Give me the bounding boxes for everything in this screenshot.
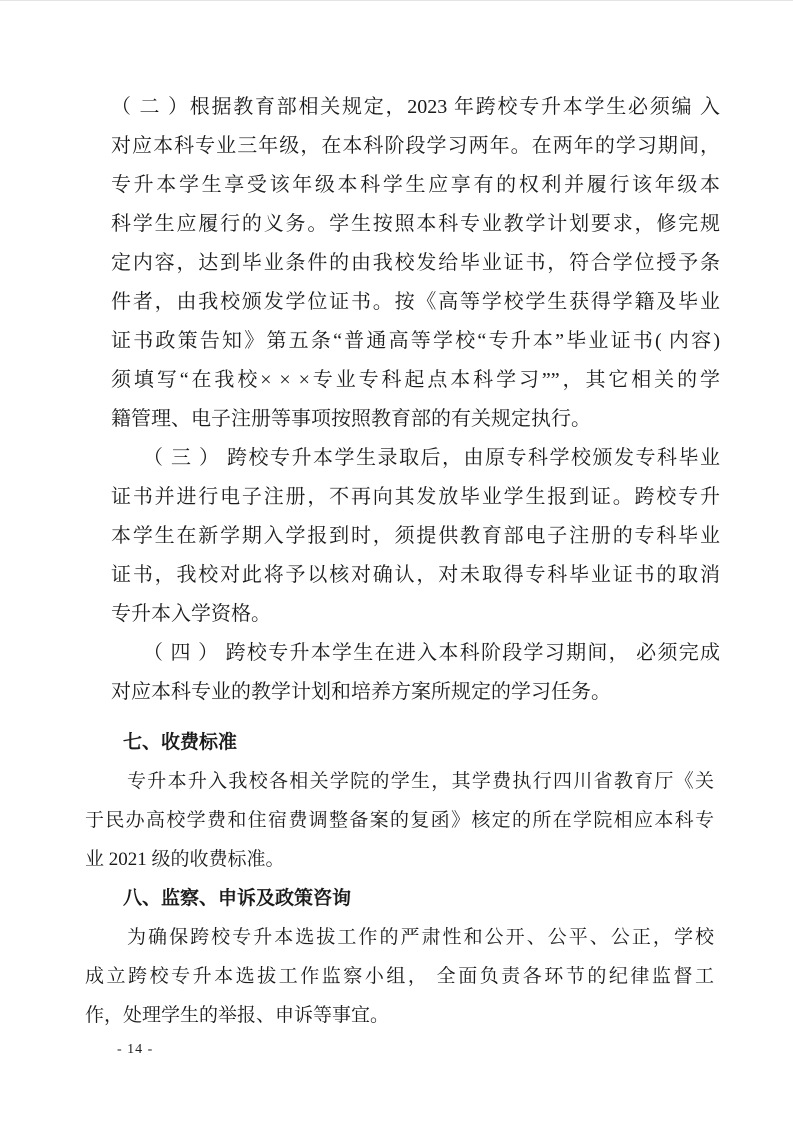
text-line: 须填写“在我校× × ×专业专科起点本科学习””，其它相关的学 xyxy=(111,361,720,400)
lower-text-block: 七、收费标准 专升本升入我校各相关学院的学生，其学费执行四川省教育厅《关 于民办… xyxy=(85,723,714,1035)
text-line: 证书，我校对此将予以核对确认，对未取得专科毕业证书的取消 xyxy=(111,556,720,595)
text-line: 证书并进行电子注册，不再向其发放毕业学生报到证。跨校专升 xyxy=(111,478,720,517)
text-line: 对应本科专业的教学计划和培养方案所规定的学习任务。 xyxy=(111,673,720,712)
text-line: 于民办高校学费和住宿费调整备案的复函》核定的所在学院相应本科专 xyxy=(85,801,714,840)
text-line: 为确保跨校专升本选拔工作的严肃性和公开、公平、公正，学校 xyxy=(85,918,714,957)
text-line: 专升本入学资格。 xyxy=(111,595,720,634)
text-line: 成立跨校专升本选拔工作监察小组， 全面负责各环节的纪律监督工 xyxy=(85,957,714,996)
text-line: 本学生在新学期入学报到时，须提供教育部电子注册的专科毕业 xyxy=(111,517,720,556)
document-page: （ 二 ）根据教育部相关规定，2023 年跨校专升本学生必须编 入 对应本科专业… xyxy=(0,0,793,1122)
page-number: - 14 - xyxy=(117,1043,153,1057)
paragraph-item-2: （ 二 ）根据教育部相关规定，2023 年跨校专升本学生必须编 入 对应本科专业… xyxy=(111,88,720,439)
text-line: 籍管理、电子注册等事项按照教育部的有关规定执行。 xyxy=(111,400,720,439)
text-line: 证书政策告知》第五条“普通高等学校“专升本”毕业证书( 内容) xyxy=(111,322,720,361)
section-7-paragraph: 专升本升入我校各相关学院的学生，其学费执行四川省教育厅《关 于民办高校学费和住宿… xyxy=(85,762,714,879)
text-line: （ 三 ） 跨校专升本学生录取后，由原专科学校颁发专科毕业 xyxy=(111,439,720,478)
text-line: 件者，由我校颁发学位证书。按《高等学校学生获得学籍及毕业 xyxy=(111,283,720,322)
section-heading-7: 七、收费标准 xyxy=(85,723,714,762)
text-line: 作，处理学生的举报、申诉等事宜。 xyxy=(85,996,714,1035)
text-line: 专升本学生享受该年级本科学生应享有的权利并履行该年级本 xyxy=(111,166,720,205)
section-8-paragraph: 为确保跨校专升本选拔工作的严肃性和公开、公平、公正，学校 成立跨校专升本选拔工作… xyxy=(85,918,714,1035)
text-line: （ 二 ）根据教育部相关规定，2023 年跨校专升本学生必须编 入 xyxy=(111,88,720,127)
main-text-block: （ 二 ）根据教育部相关规定，2023 年跨校专升本学生必须编 入 对应本科专业… xyxy=(111,88,720,712)
paragraph-item-3: （ 三 ） 跨校专升本学生录取后，由原专科学校颁发专科毕业 证书并进行电子注册，… xyxy=(111,439,720,634)
paragraph-item-4: （ 四 ） 跨校专升本学生在进入本科阶段学习期间， 必须完成 对应本科专业的教学… xyxy=(111,634,720,712)
text-line: 定内容，达到毕业条件的由我校发给毕业证书，符合学位授予条 xyxy=(111,244,720,283)
text-line: 科学生应履行的义务。学生按照本科专业教学计划要求，修完规 xyxy=(111,205,720,244)
text-line: 业 2021 级的收费标准。 xyxy=(85,840,714,879)
section-heading-8: 八、监察、申诉及政策咨询 xyxy=(85,879,714,918)
text-line: （ 四 ） 跨校专升本学生在进入本科阶段学习期间， 必须完成 xyxy=(111,634,720,673)
text-line: 对应本科专业三年级，在本科阶段学习两年。在两年的学习期间， xyxy=(111,127,720,166)
text-line: 专升本升入我校各相关学院的学生，其学费执行四川省教育厅《关 xyxy=(85,762,714,801)
